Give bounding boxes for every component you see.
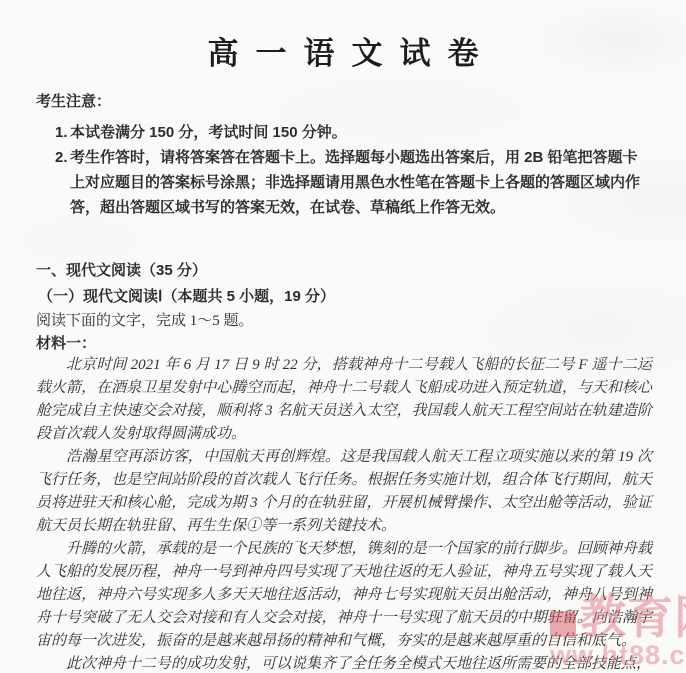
passage-paragraph: 升腾的火箭，承载的是一个民族的飞天梦想，镌刻的是一个国家的前行脚步。回顾神舟载人… xyxy=(36,538,652,653)
reading-instruction: 阅读下面的文字，完成 1～5 题。 xyxy=(36,311,652,332)
notice-item-number: 1. xyxy=(55,120,70,145)
paper-title: 高一语文试卷 xyxy=(34,36,652,72)
notice-item-number: 2. xyxy=(55,145,70,220)
notice-list: 1. 本试卷满分 150 分，考试时间 150 分钟。 2. 考生作答时，请将答… xyxy=(55,120,652,220)
notice-item-text: 考生作答时，请将答案答在答题卡上。选择题每小题选出答案后，用 2B 铅笔把答题卡… xyxy=(70,145,652,220)
reading-passage: 北京时间 2021 年 6 月 17 日 9 时 22 分，搭载神舟十二号载人飞… xyxy=(36,354,652,673)
notice-item-text: 本试卷满分 150 分，考试时间 150 分钟。 xyxy=(70,120,652,145)
passage-paragraph: 北京时间 2021 年 6 月 17 日 9 时 22 分，搭载神舟十二号载人飞… xyxy=(36,354,652,446)
section-heading: 一、现代文阅读（35 分） xyxy=(36,260,652,282)
notice-heading: 考生注意： xyxy=(36,92,652,112)
notice-item: 1. 本试卷满分 150 分，考试时间 150 分钟。 xyxy=(55,120,652,145)
passage-paragraph: 浩瀚星空再添访客，中国航天再创辉煌。这是我国载人航天工程立项实施以来的第 19 … xyxy=(36,446,652,538)
exam-paper-page: 高一语文试卷 考生注意： 1. 本试卷满分 150 分，考试时间 150 分钟。… xyxy=(0,0,686,673)
passage-paragraph: 此次神舟十二号的成功发射，可以说集齐了全任务全模式天地往返所需要的全部技能点， xyxy=(36,653,652,673)
notice-item: 2. 考生作答时，请将答案答在答题卡上。选择题每小题选出答案后，用 2B 铅笔把… xyxy=(55,145,652,220)
subsection-heading: （一）现代文阅读Ⅰ（本题共 5 小题，19 分） xyxy=(38,286,652,308)
material-label: 材料一： xyxy=(36,334,652,354)
